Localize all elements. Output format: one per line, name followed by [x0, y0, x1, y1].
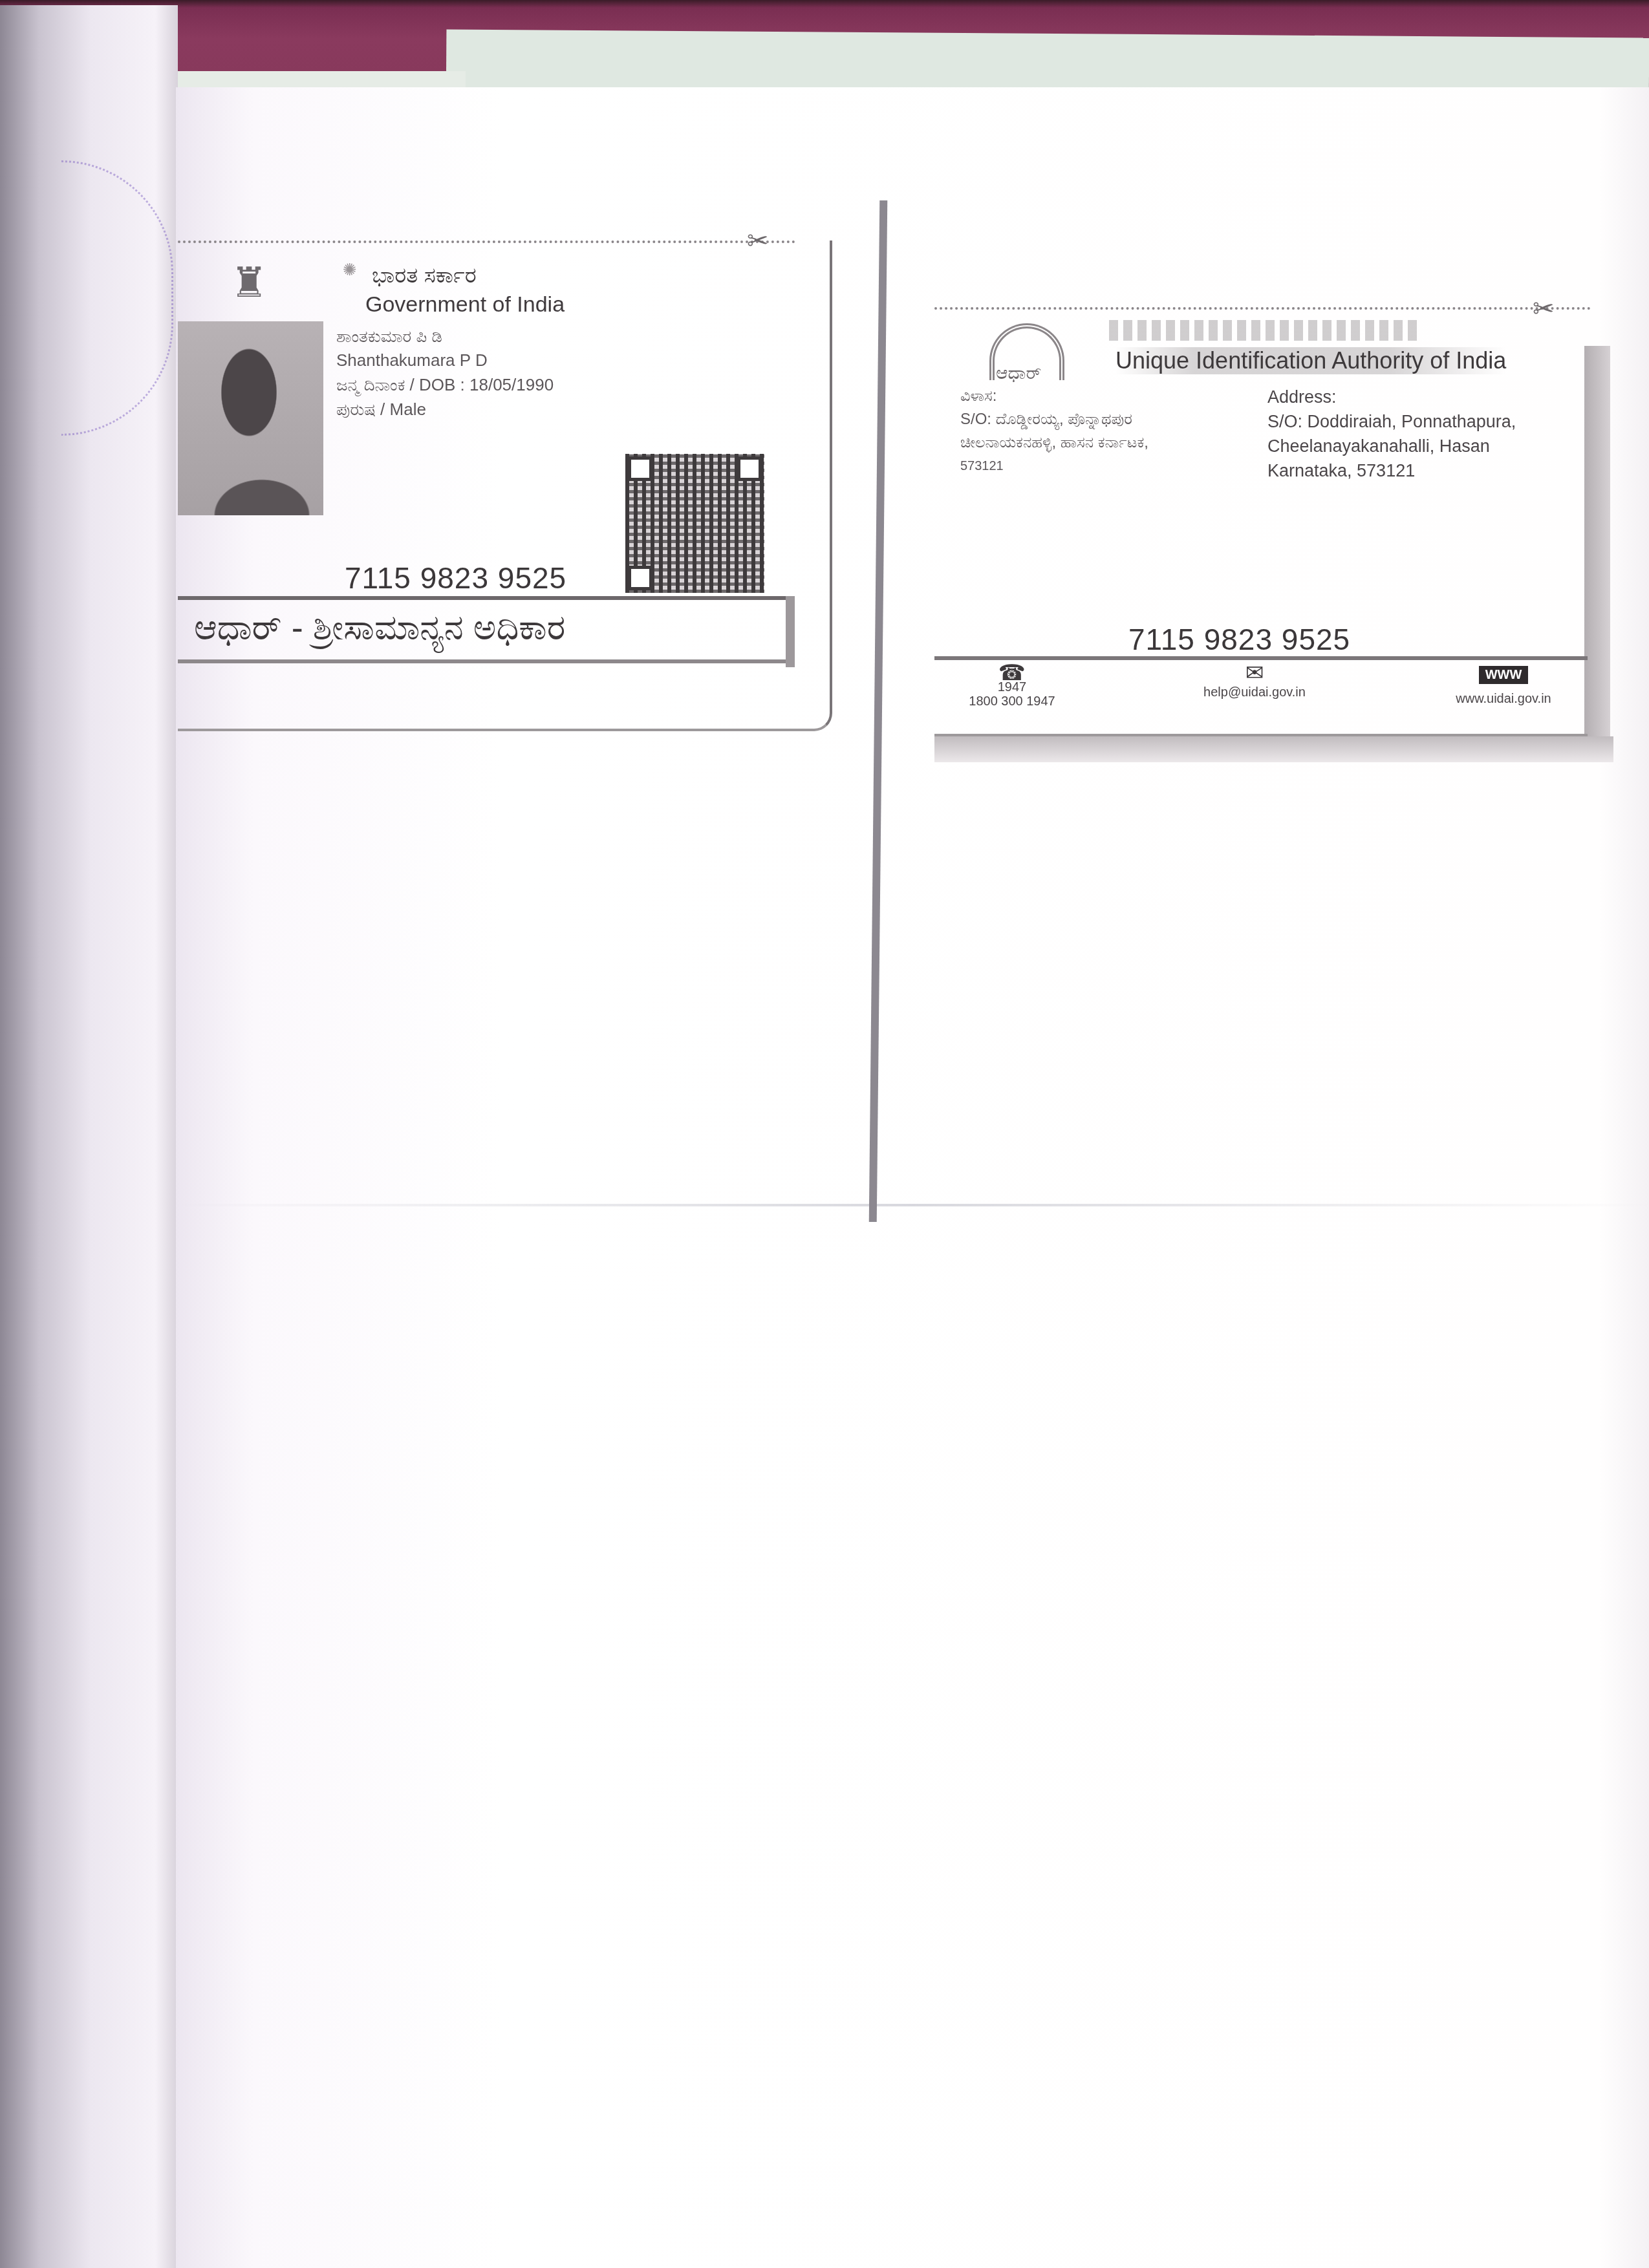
name-english: Shanthakumara P D [336, 350, 488, 370]
aadhaar-number: 7115 9823 9525 [1128, 622, 1350, 657]
seal-icon: ✺ [343, 260, 357, 280]
telephone-icon: ☎ [967, 666, 1057, 680]
qr-finder [737, 456, 762, 481]
address-line: ಚೀಲನಾಯಕನಹಳ್ಳಿ, ಹಾಸನ ಕರ್ನಾಟಕ, [960, 431, 1148, 455]
address-label-kannada: ವಿಳಾಸ: [960, 385, 1148, 408]
scissors-icon: ✂ [1533, 294, 1555, 324]
address-line: Karnataka, 573121 [1267, 458, 1516, 483]
header-kannada: ಭಾರತ ಸರ್ಕಾರ [372, 263, 477, 288]
address-label-english: Address: [1267, 385, 1516, 409]
qr-finder [628, 456, 652, 481]
gender-field: ಪುರುಷ / Male [336, 400, 426, 420]
aadhaar-front-card: ✂ ♜ ✺ ಭಾರತ ಸರ್ಕಾರ Government of India ಶಾ… [178, 241, 795, 683]
website-address: www.uidai.gov.in [1439, 692, 1568, 706]
address-line: Cheelanayakanahalli, Hasan [1267, 434, 1516, 458]
aadhaar-tagline: ಆಧಾರ್ - ಶ್ರೀಸಾಮಾನ್ಯನ ಅಧಿಕಾರ [194, 608, 565, 648]
aadhaar-back-card: ✂ ಆಧಾರ್ Unique Identification Authority … [934, 307, 1591, 737]
band-divider [178, 596, 789, 600]
aadhaar-number: 7115 9823 9525 [345, 561, 566, 595]
national-emblem-icon: ♜ [230, 247, 268, 318]
envelope-icon: ✉ [1190, 666, 1319, 680]
phone-short: 1947 [967, 680, 1057, 694]
address-line: 573121 [960, 455, 1148, 478]
faded-kannada-header [1109, 320, 1419, 341]
contact-website: WWW www.uidai.gov.in [1439, 666, 1568, 706]
contact-email: ✉ help@uidai.gov.in [1190, 666, 1319, 700]
www-icon: WWW [1479, 666, 1529, 684]
aadhaar-logo-label: ಆಧಾರ್ [996, 363, 1041, 384]
address-kannada: ವಿಳಾಸ: S/O: ದೊಡ್ಡೀರಯ್ಯ, ಪೊನ್ನಾಥಪುರ ಚೀಲನಾ… [960, 385, 1148, 478]
card-shadow [1584, 346, 1610, 747]
band-bottom-line [934, 734, 1588, 736]
scissors-icon: ✂ [747, 226, 769, 256]
contact-phone: ☎ 1947 1800 300 1947 [967, 666, 1057, 709]
address-line: S/O: Doddiraiah, Ponnathapura, [1267, 409, 1516, 434]
qr-code [625, 454, 764, 593]
holder-photo [178, 321, 323, 515]
header-english: Government of India [365, 292, 565, 317]
address-english: Address: S/O: Doddiraiah, Ponnathapura, … [1267, 385, 1516, 483]
name-kannada: ಶಾಂತಕುಮಾರ ಪಿ ಡಿ [336, 326, 442, 347]
band-edge [786, 596, 795, 667]
email-address: help@uidai.gov.in [1190, 685, 1319, 700]
dob-field: ಜನ್ಮ ದಿನಾಂಕ / DOB : 18/05/1990 [336, 375, 554, 396]
phone-full: 1800 300 1947 [967, 694, 1057, 709]
cut-line [178, 241, 795, 243]
band-bottom-line [178, 659, 789, 663]
uidai-title: Unique Identification Authority of India [1115, 347, 1506, 374]
paper-fold-line [176, 1204, 1649, 1206]
card-shadow [934, 736, 1613, 762]
address-line: S/O: ದೊಡ್ಡೀರಯ್ಯ, ಪೊನ್ನಾಥಪುರ [960, 408, 1148, 431]
qr-finder [628, 566, 652, 590]
office-stamp [61, 160, 173, 436]
cut-line [934, 307, 1591, 310]
band-divider [934, 656, 1588, 660]
back-page-edge [0, 5, 178, 2268]
